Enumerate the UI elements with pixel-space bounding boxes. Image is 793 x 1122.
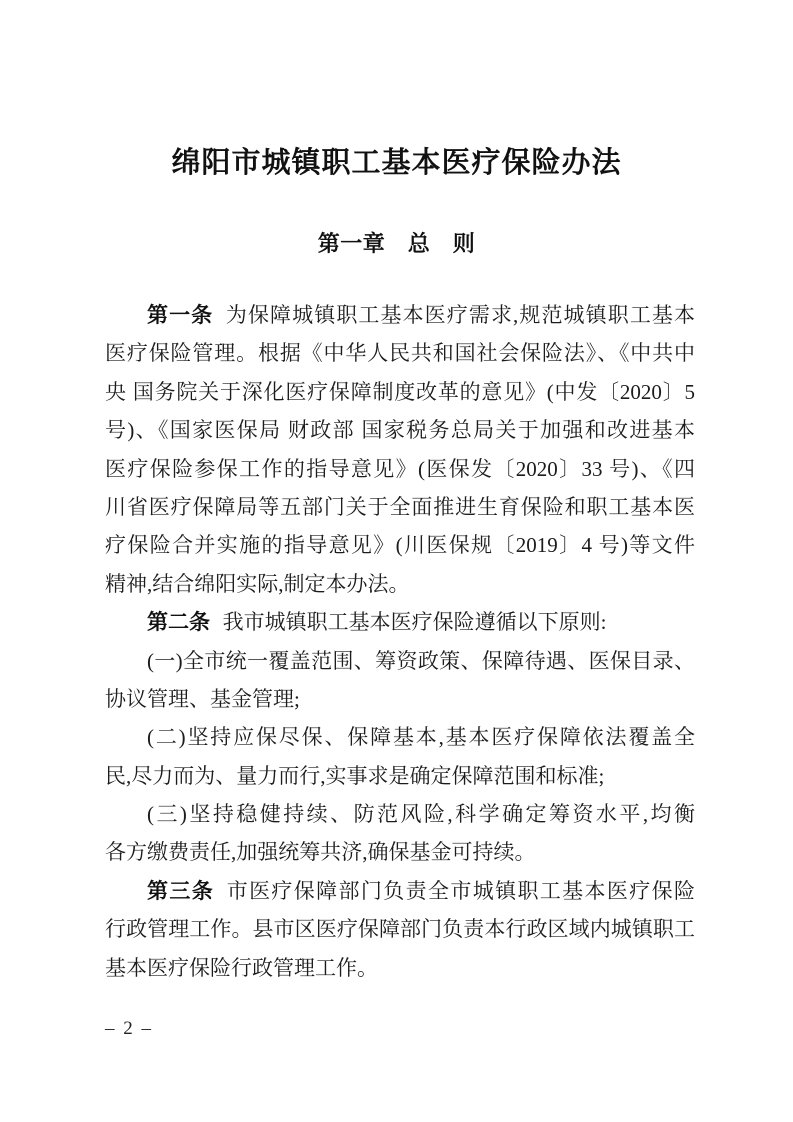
- text-line: 精神,结合绵阳实际,制定本办法。: [105, 565, 695, 603]
- text-line: 第二条我市城镇职工基本医疗保险遵循以下原则:: [105, 603, 695, 641]
- text-line: (三)坚持稳健持续、防范风险,科学确定筹资水平,均衡: [105, 795, 695, 833]
- page-number: – 2 –: [105, 1018, 153, 1040]
- article-number-label: 第三条: [147, 880, 214, 903]
- chapter-heading: 第一章 总 则: [0, 227, 793, 258]
- text-line: 民,尽力而为、量力而行,实事求是确定保障范围和标准;: [105, 757, 695, 795]
- document-page: 绵阳市城镇职工基本医疗保险办法 第一章 总 则 第一条为保障城镇职工基本医疗需求…: [0, 0, 793, 1122]
- text-line: 号)、《国家医保局 财政部 国家税务总局关于加强和改进基本: [105, 411, 695, 449]
- text-line: (二)坚持应保尽保、保障基本,基本医疗保障依法覆盖全: [105, 718, 695, 756]
- text-line: 基本医疗保险行政管理工作。: [105, 949, 695, 987]
- article-number-label: 第一条: [147, 304, 213, 327]
- text-line: 协议管理、基金管理;: [105, 680, 695, 718]
- text-line: 第一条为保障城镇职工基本医疗需求,规范城镇职工基本: [105, 296, 695, 334]
- text-line: 第三条市医疗保障部门负责全市城镇职工基本医疗保险: [105, 872, 695, 910]
- text-line: 医疗保险管理。根据《中华人民共和国社会保险法》、《中共中: [105, 334, 695, 372]
- text-line: 疗保险合并实施的指导意见》(川医保规〔2019〕4 号)等文件: [105, 526, 695, 564]
- text-line: 川省医疗保障局等五部门关于全面推进生育保险和职工基本医: [105, 488, 695, 526]
- text-line: 行政管理工作。县市区医疗保障部门负责本行政区域内城镇职工: [105, 910, 695, 948]
- document-title: 绵阳市城镇职工基本医疗保险办法: [0, 140, 793, 181]
- text-line: (一)全市统一覆盖范围、筹资政策、保障待遇、医保目录、: [105, 642, 695, 680]
- text-line: 医疗保险参保工作的指导意见》(医保发〔2020〕33 号)、《四: [105, 450, 695, 488]
- document-body: 第一条为保障城镇职工基本医疗需求,规范城镇职工基本医疗保险管理。根据《中华人民共…: [105, 296, 695, 987]
- text-line: 各方缴费责任,加强统筹共济,确保基金可持续。: [105, 833, 695, 871]
- article-number-label: 第二条: [147, 611, 210, 634]
- text-line: 央 国务院关于深化医疗保障制度改革的意见》(中发〔2020〕5: [105, 373, 695, 411]
